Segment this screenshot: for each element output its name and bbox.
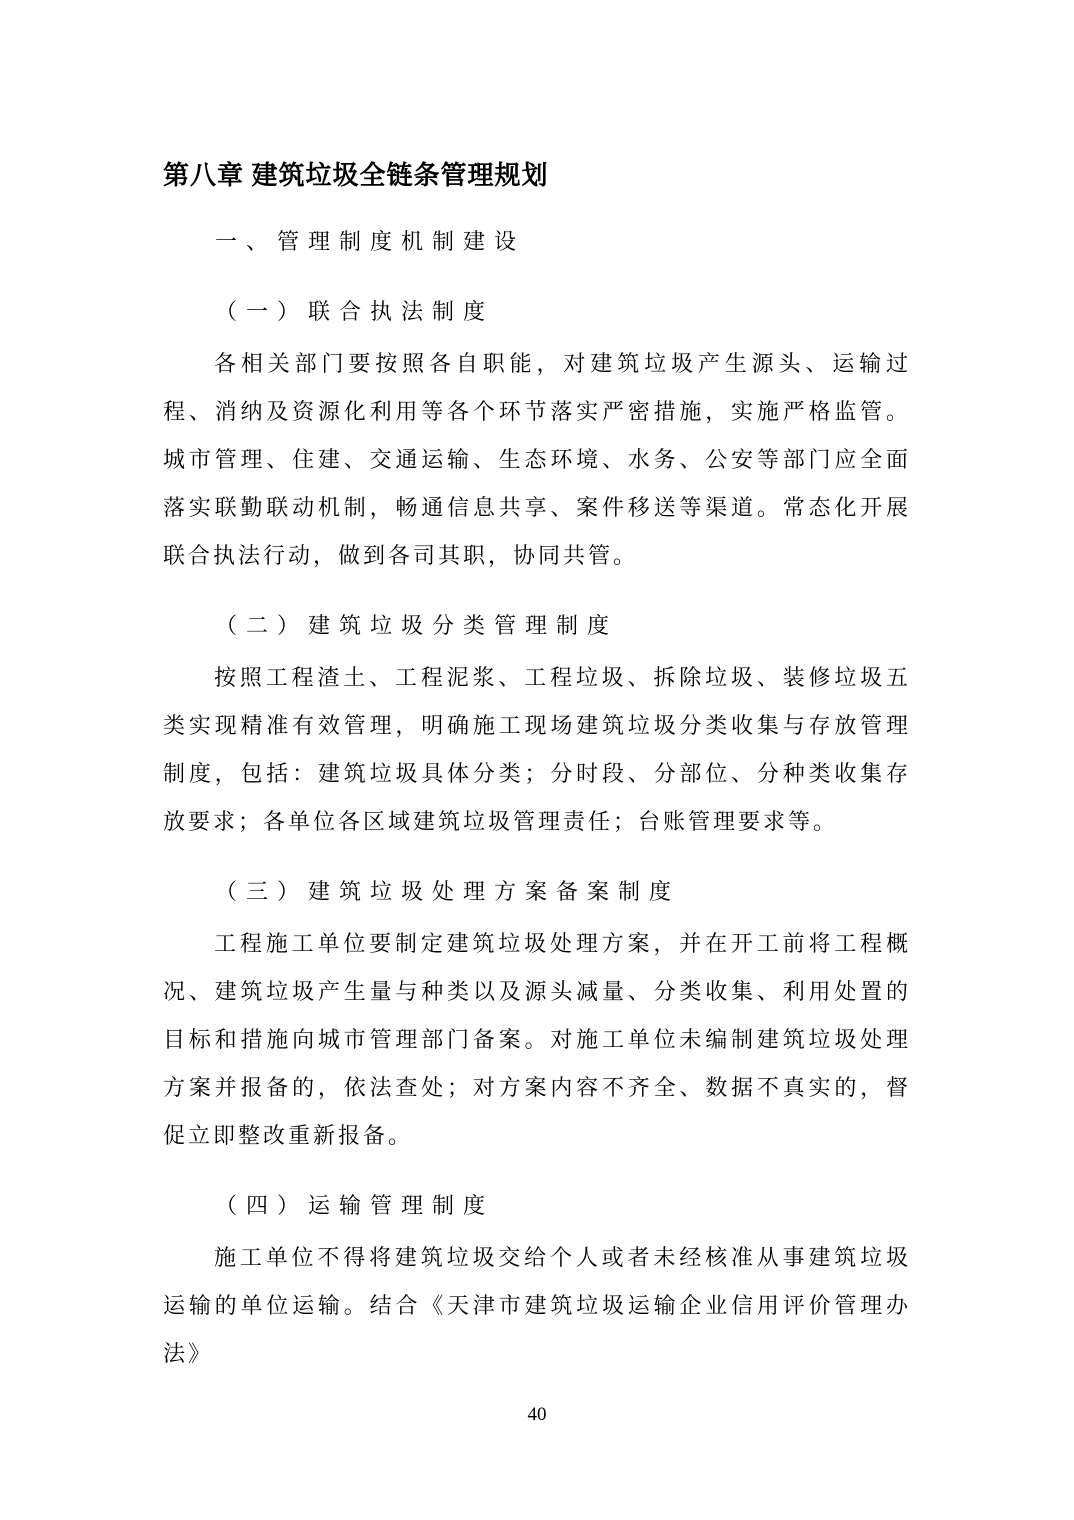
subsection-1-heading: （一）联合执法制度 [163, 288, 911, 336]
subsection-2: （二）建筑垃圾分类管理制度 按照工程渣土、工程泥浆、工程垃圾、拆除垃圾、装修垃圾… [163, 602, 911, 846]
subsection-4: （四）运输管理制度 施工单位不得将建筑垃圾交给个人或者未经核准从事建筑垃圾运输的… [163, 1182, 911, 1378]
chapter-title: 第八章 建筑垃圾全链条管理规划 [163, 156, 911, 196]
page-number: 40 [0, 1400, 1074, 1430]
subsection-4-paragraph: 施工单位不得将建筑垃圾交给个人或者未经核准从事建筑垃圾运输的单位运输。结合《天津… [163, 1234, 911, 1378]
subsection-3-paragraph: 工程施工单位要制定建筑垃圾处理方案，并在开工前将工程概况、建筑垃圾产生量与种类以… [163, 920, 911, 1160]
page-content: 第八章 建筑垃圾全链条管理规划 一、管理制度机制建设 （一）联合执法制度 各相关… [163, 0, 911, 1378]
subsection-2-heading: （二）建筑垃圾分类管理制度 [163, 602, 911, 650]
subsection-3: （三）建筑垃圾处理方案备案制度 工程施工单位要制定建筑垃圾处理方案，并在开工前将… [163, 868, 911, 1160]
subsection-4-heading: （四）运输管理制度 [163, 1182, 911, 1230]
section-heading: 一、管理制度机制建设 [163, 218, 911, 266]
subsection-1-paragraph: 各相关部门要按照各自职能，对建筑垃圾产生源头、运输过程、消纳及资源化利用等各个环… [163, 340, 911, 580]
document-page: 第八章 建筑垃圾全链条管理规划 一、管理制度机制建设 （一）联合执法制度 各相关… [0, 0, 1074, 1520]
subsection-2-paragraph: 按照工程渣土、工程泥浆、工程垃圾、拆除垃圾、装修垃圾五类实现精准有效管理，明确施… [163, 654, 911, 846]
subsection-1: （一）联合执法制度 各相关部门要按照各自职能，对建筑垃圾产生源头、运输过程、消纳… [163, 288, 911, 580]
subsection-3-heading: （三）建筑垃圾处理方案备案制度 [163, 868, 911, 916]
